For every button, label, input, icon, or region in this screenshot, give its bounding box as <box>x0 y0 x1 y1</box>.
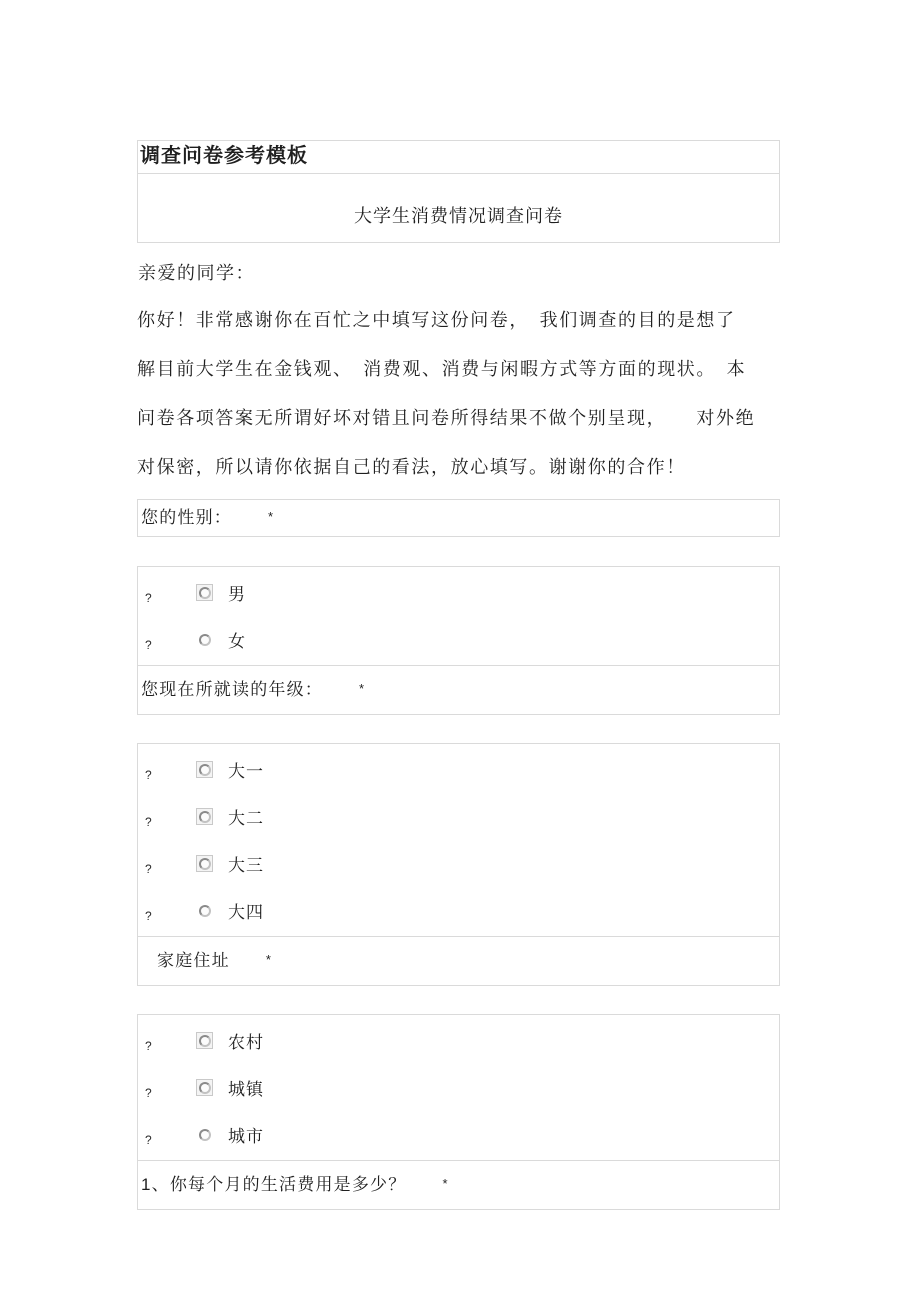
option-bullet: ? <box>145 1086 155 1100</box>
option-row-city[interactable]: ? 城市 <box>138 1111 779 1158</box>
option-label-rural[interactable]: 农村 <box>228 1028 264 1053</box>
survey-title: 大学生消费情况调查问卷 <box>138 205 779 227</box>
intro-line-3: 问卷各项答案无所谓好坏对错且问卷所得结果不做个别呈现， 对外绝 <box>137 394 780 443</box>
question-label-gender: 您的性别： <box>141 508 232 527</box>
option-label-junior[interactable]: 大三 <box>228 851 264 876</box>
radio-rural[interactable] <box>196 1032 213 1049</box>
option-bullet: ? <box>145 1039 155 1053</box>
radio-circle-icon <box>199 905 211 917</box>
template-title: 调查问卷参考模板 <box>140 144 777 168</box>
option-row-junior[interactable]: ? 大三 <box>138 840 779 887</box>
option-row-freshman[interactable]: ? 大一 <box>138 746 779 793</box>
option-row-sophomore[interactable]: ? 大二 <box>138 793 779 840</box>
option-row-senior[interactable]: ? 大四 <box>138 887 779 934</box>
question-label-monthly-expense: 1、你每个月的生活费用是多少？ <box>141 1175 406 1194</box>
required-asterisk: * <box>442 1173 448 1195</box>
option-label-senior[interactable]: 大四 <box>228 898 264 923</box>
option-row-female[interactable]: ? 女 <box>138 616 779 663</box>
intro-line-4: 对保密，所以请你依据自己的看法，放心填写。谢谢你的合作！ <box>137 443 780 492</box>
intro-line-1: 你好！非常感谢你在百忙之中填写这份问卷， 我们调查的目的是想了 <box>137 296 780 345</box>
radio-circle-icon <box>199 587 211 599</box>
option-bullet: ? <box>145 909 155 923</box>
subtitle-row: 大学生消费情况调查问卷 <box>138 173 779 242</box>
title-table: 调查问卷参考模板 大学生消费情况调查问卷 <box>137 140 780 243</box>
intro-paragraph: 你好！非常感谢你在百忙之中填写这份问卷， 我们调查的目的是想了 解目前大学生在金… <box>137 296 780 492</box>
title-row: 调查问卷参考模板 <box>138 141 779 173</box>
option-row-male[interactable]: ? 男 <box>138 569 779 616</box>
page: { "document": { "template_title": "调查问卷参… <box>0 0 920 1303</box>
option-label-freshman[interactable]: 大一 <box>228 757 264 782</box>
radio-town[interactable] <box>196 1079 213 1096</box>
option-row-rural[interactable]: ? 农村 <box>138 1017 779 1064</box>
document-body: 调查问卷参考模板 大学生消费情况调查问卷 亲爱的同学： 你好！非常感谢你在百忙之… <box>137 140 780 1210</box>
required-asterisk: * <box>359 678 365 700</box>
option-label-female[interactable]: 女 <box>228 627 246 652</box>
radio-circle-icon <box>199 1035 211 1047</box>
radio-senior[interactable] <box>196 902 213 919</box>
radio-freshman[interactable] <box>196 761 213 778</box>
option-bullet: ? <box>145 591 155 605</box>
radio-circle-icon <box>199 1082 211 1094</box>
radio-city[interactable] <box>196 1126 213 1143</box>
options-group-address: ? 农村 ? 城镇 ? 城市 <box>137 1014 780 1161</box>
radio-junior[interactable] <box>196 855 213 872</box>
option-label-sophomore[interactable]: 大二 <box>228 804 264 829</box>
option-bullet: ? <box>145 862 155 876</box>
option-label-city[interactable]: 城市 <box>228 1122 264 1147</box>
radio-circle-icon <box>199 764 211 776</box>
question-label-address: 家庭住址 <box>157 951 230 970</box>
intro-line-2: 解目前大学生在金钱观、 消费观、消费与闲暇方式等方面的现状。 本 <box>137 345 780 394</box>
options-group-gender: ? 男 ? 女 <box>137 566 780 666</box>
radio-circle-icon <box>199 634 211 646</box>
option-bullet: ? <box>145 638 155 652</box>
question-row-grade: 您现在所就读的年级：* <box>137 665 780 715</box>
option-row-town[interactable]: ? 城镇 <box>138 1064 779 1111</box>
question-row-monthly-expense: 1、你每个月的生活费用是多少？* <box>137 1160 780 1210</box>
option-bullet: ? <box>145 815 155 829</box>
option-bullet: ? <box>145 768 155 782</box>
option-label-town[interactable]: 城镇 <box>228 1075 264 1100</box>
options-group-grade: ? 大一 ? 大二 ? 大三 ? 大四 <box>137 743 780 937</box>
required-asterisk: * <box>266 949 272 971</box>
question-row-address: 家庭住址* <box>137 936 780 986</box>
option-bullet: ? <box>145 1133 155 1147</box>
question-row-gender: 您的性别：* <box>137 499 780 537</box>
radio-male[interactable] <box>196 584 213 601</box>
radio-sophomore[interactable] <box>196 808 213 825</box>
salutation: 亲爱的同学： <box>138 260 780 286</box>
radio-circle-icon <box>199 811 211 823</box>
question-label-grade: 您现在所就读的年级： <box>141 680 323 699</box>
option-label-male[interactable]: 男 <box>228 580 246 605</box>
radio-circle-icon <box>199 858 211 870</box>
required-asterisk: * <box>268 506 274 528</box>
radio-circle-icon <box>199 1129 211 1141</box>
radio-female[interactable] <box>196 631 213 648</box>
